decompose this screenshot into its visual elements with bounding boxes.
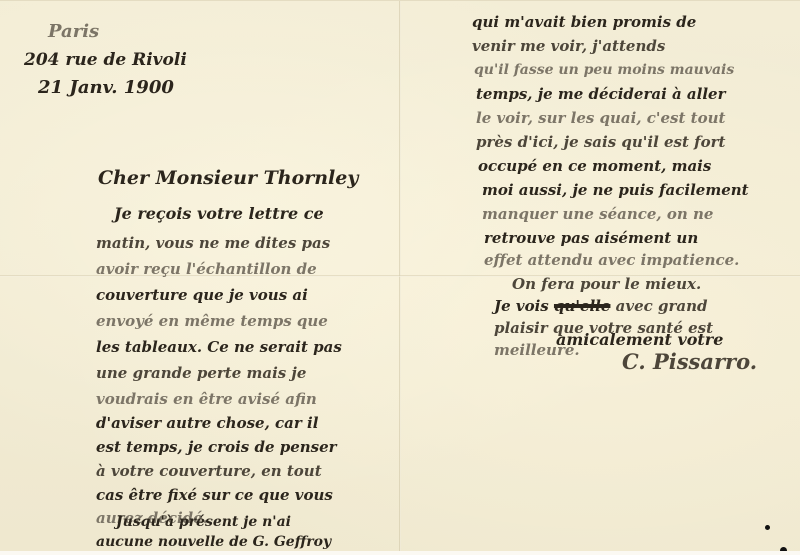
body-line: est temps, je crois de penser	[96, 438, 337, 456]
letter-greeting: Cher Monsieur Thornley	[98, 169, 358, 187]
struck-word: qu'elle	[554, 297, 610, 315]
body-line: effet attendu avec impatience.	[484, 251, 739, 269]
body-line: une grande perte mais je	[96, 364, 306, 382]
body-line: moi aussi, je ne puis facilement	[482, 181, 749, 199]
letter-sheet: Paris 204 rue de Rivoli 21 Janv. 1900 Ch…	[0, 0, 800, 551]
body-line: couverture que je vous ai	[96, 286, 308, 304]
body-line: On fera pour le mieux.	[512, 275, 701, 293]
letter-signature: C. Pissarro.	[622, 353, 757, 371]
body-line: qu'il fasse un peu moins mauvais	[474, 61, 734, 79]
body-line: à votre couverture, en tout	[96, 462, 322, 480]
body-line: envoyé en même temps que	[96, 312, 328, 330]
body-line: le voir, sur les quai, c'est tout	[476, 109, 725, 127]
body-line: temps, je me déciderai à aller	[476, 85, 726, 103]
body-line-struck: Je vois qu'elle avec grand	[494, 297, 708, 315]
letter-closing: amicalement votre	[556, 331, 723, 349]
body-line: voudrais en être avisé afin	[96, 390, 317, 408]
body-line-start: Je vois	[494, 297, 554, 315]
body-line: cas être fixé sur ce que vous	[96, 486, 333, 504]
header-date: 21 Janv. 1900	[38, 79, 174, 97]
paper-bottom-edge	[0, 551, 800, 555]
body-line: Je reçois votre lettre ce	[114, 205, 324, 223]
body-line: venir me voir, j'attends	[472, 37, 665, 55]
header-city: Paris	[48, 23, 99, 41]
body-line: d'aviser autre chose, car il	[96, 414, 318, 432]
body-line-end: avec grand	[610, 297, 707, 315]
body-line: avoir reçu l'échantillon de	[96, 260, 317, 278]
body-line: manquer une séance, on ne	[482, 205, 713, 223]
body-line: retrouve pas aisément un	[484, 229, 698, 247]
ink-dot	[765, 525, 770, 530]
body-line: Jusqu'à présent je n'ai	[116, 513, 291, 531]
body-line: près d'ici, je sais qu'il est fort	[476, 133, 725, 151]
body-line: qui m'avait bien promis de	[472, 13, 696, 31]
header-address: 204 rue de Rivoli	[24, 51, 187, 69]
body-line: aucune nouvelle de G. Geffroy	[96, 533, 331, 551]
body-line: matin, vous ne me dites pas	[96, 234, 330, 252]
body-line: les tableaux. Ce ne serait pas	[96, 338, 342, 356]
body-line: occupé en ce moment, mais	[478, 157, 711, 175]
